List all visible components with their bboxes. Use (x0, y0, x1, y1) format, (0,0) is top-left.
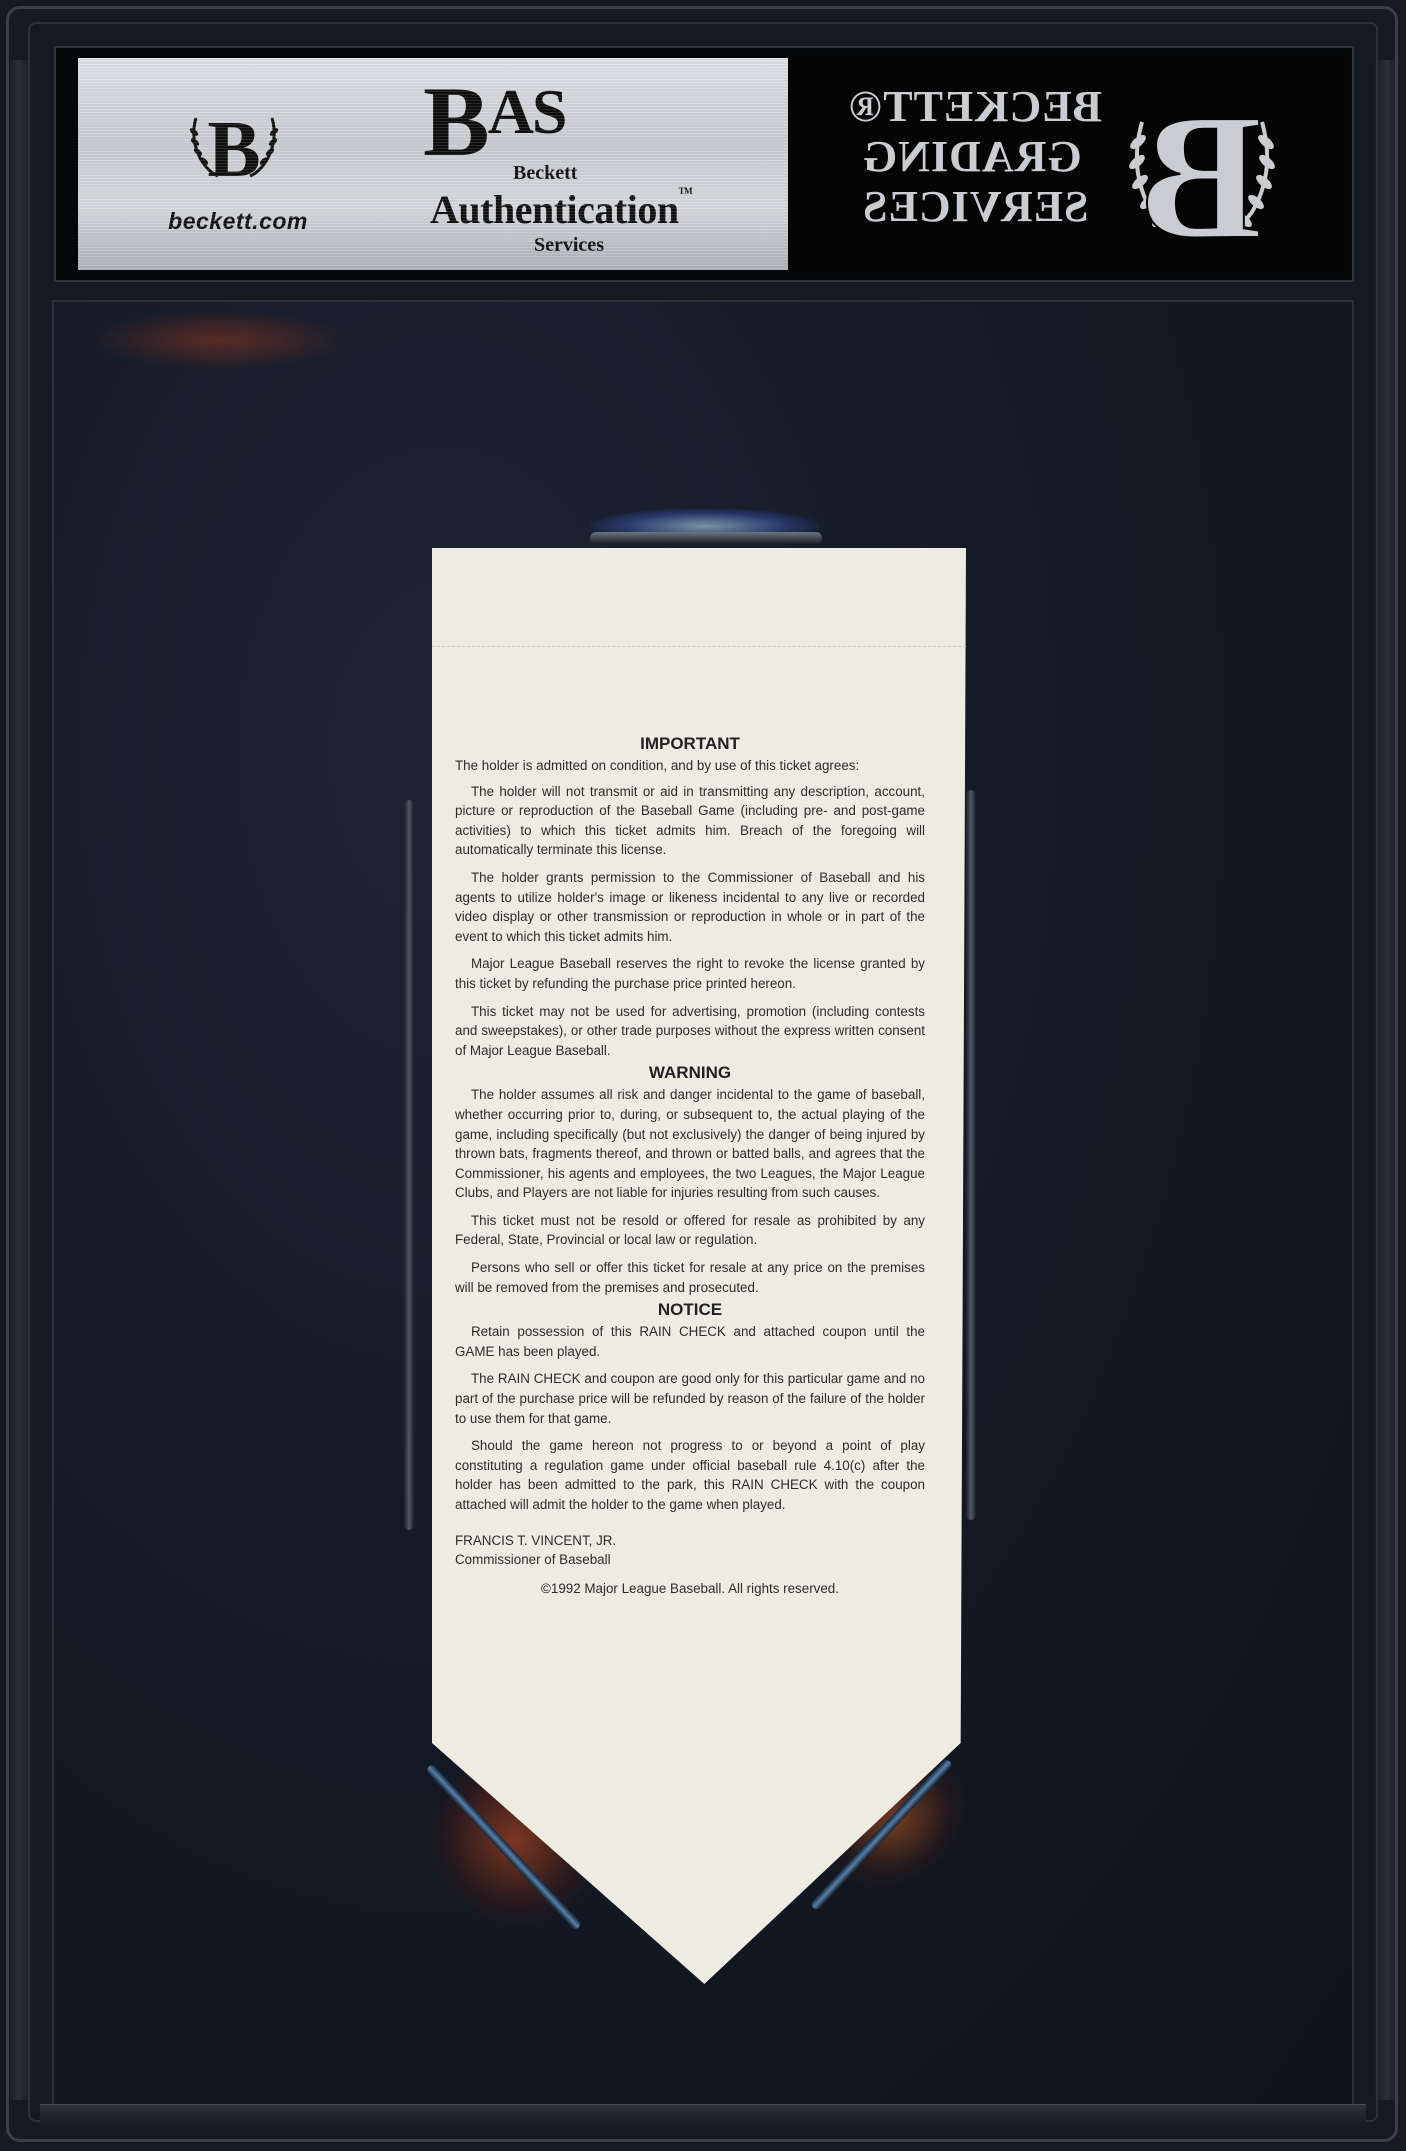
bas-line-services: Services (534, 234, 604, 257)
holder-slot-left (404, 800, 414, 1530)
beckett-website: beckett.com (138, 208, 338, 235)
terms-paragraph: This ticket must not be resold or offere… (455, 1211, 925, 1250)
reflection-glare (90, 310, 350, 370)
bas-wordmark: BAS (423, 72, 566, 172)
holder-slot-top (590, 532, 822, 544)
terms-paragraph: The holder grants permission to the Comm… (455, 868, 925, 946)
terms-paragraph: Should the game hereon not progress to o… (455, 1436, 925, 1514)
terms-paragraph: The RAIN CHECK and coupon are good only … (455, 1369, 925, 1428)
terms-paragraph: The holder will not transmit or aid in t… (455, 782, 925, 860)
ticket-terms: IMPORTANT The holder is admitted on cond… (455, 733, 925, 1598)
svg-text:B: B (1142, 77, 1262, 262)
signature-name: FRANCIS T. VINCENT, JR. (455, 1531, 925, 1550)
bgs-label-mirrored: BECKETT® GRADING SERVICES B (792, 58, 1348, 270)
holder-slot-right (966, 790, 976, 1520)
terms-paragraph: Retain possession of this RAIN CHECK and… (455, 1322, 925, 1361)
bgs-mirrored-text: BECKETT® GRADING SERVICES (862, 82, 1102, 232)
terms-lead: The holder is admitted on condition, and… (455, 756, 925, 776)
svg-text:B: B (207, 106, 260, 194)
ticket-perforation (432, 646, 966, 647)
bas-line-authentication: AuthenticationTM (430, 186, 692, 233)
terms-paragraph: Persons who sell or offer this ticket fo… (455, 1258, 925, 1297)
copyright-notice: ©1992 Major League Baseball. All rights … (455, 1579, 925, 1599)
section-heading-warning: WARNING (455, 1062, 925, 1084)
section-heading-important: IMPORTANT (455, 733, 925, 755)
bas-label: B beckett.com BAS Beckett Authentication… (78, 58, 788, 270)
terms-paragraph: The holder assumes all risk and danger i… (455, 1085, 925, 1203)
bas-line-beckett: Beckett (513, 162, 577, 185)
terms-paragraph: Major League Baseball reserves the right… (455, 954, 925, 993)
slab-bottom-rail (40, 2104, 1366, 2127)
terms-paragraph: This ticket may not be used for advertis… (455, 1002, 925, 1061)
section-heading-notice: NOTICE (455, 1299, 925, 1321)
beckett-laurel-logo-icon: B (174, 88, 294, 198)
bgs-laurel-b-logo-icon: B (1102, 72, 1302, 262)
commissioner-signature: FRANCIS T. VINCENT, JR. Commissioner of … (455, 1531, 925, 1569)
signature-title: Commissioner of Baseball (455, 1550, 925, 1569)
